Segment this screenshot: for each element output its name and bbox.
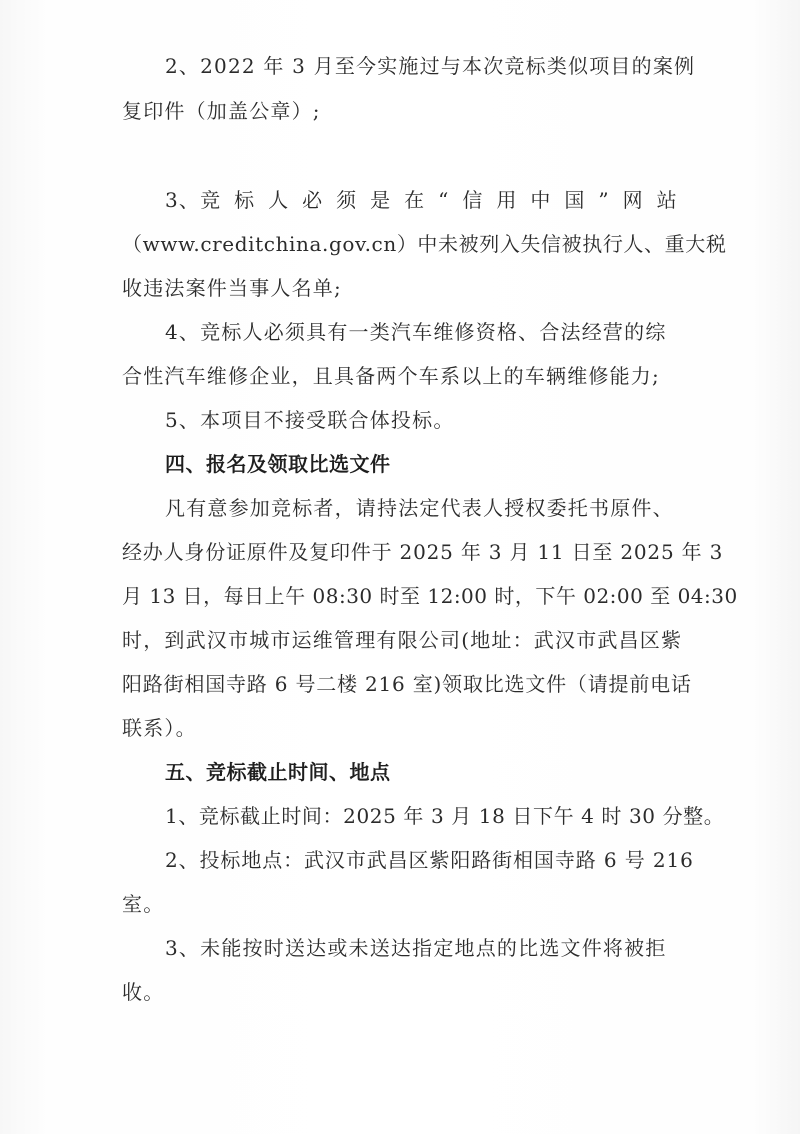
section-4-para-line-3: 月 13 日，每日上午 08:30 时至 12:00 时，下午 02:00 至 … [122, 582, 738, 610]
text-fragment: 人 [268, 186, 289, 214]
text-fragment: 3、竞 [165, 186, 221, 214]
item-3-line-3: 收违法案件当事人名单; [122, 274, 342, 302]
item-4-line-2: 合性汽车维修企业，且具备两个车系以上的车辆维修能力; [122, 362, 660, 390]
text-fragment: 是 [370, 186, 391, 214]
document-page: 2、2022 年 3 月至今实施过与本次竞标类似项目的案例 复印件（加盖公章）;… [0, 0, 800, 1134]
section-4-para-line-4: 时，到武汉市城市运维管理有限公司(地址：武汉市武昌区紫 [122, 626, 682, 654]
text-fragment: 标 [234, 186, 255, 214]
section-4-heading: 四、报名及领取比选文件 [165, 450, 391, 478]
section-5-item-2-line-2: 室。 [122, 890, 164, 918]
section-4-para-line-1: 凡有意参加竞标者，请持法定代表人授权委托书原件、 [165, 494, 674, 522]
item-3-line-1: 3、竞 标 人 必 须 是 在 “ 信 用 中 国 ” 网 站 [165, 186, 678, 214]
section-4-para-line-6: 联系）。 [122, 714, 197, 742]
text-fragment: 须 [336, 186, 357, 214]
text-fragment: 信 [462, 186, 483, 214]
item-5-line-1: 5、本项目不接受联合体投标。 [165, 406, 455, 434]
text-fragment: ” [598, 186, 609, 214]
text-fragment: 中 [530, 186, 551, 214]
text-fragment: 站 [657, 186, 678, 214]
text-fragment: 在 [404, 186, 425, 214]
text-fragment: “ [438, 186, 449, 214]
item-2-line-2: 复印件（加盖公章）; [122, 97, 321, 125]
item-4-line-1: 4、竞标人必须具有一类汽车维修资格、合法经营的综 [165, 318, 667, 346]
section-5-item-3-line-1: 3、未能按时送达或未送达指定地点的比选文件将被拒 [165, 934, 667, 962]
section-4-para-line-5: 阳路街相国寺路 6 号二楼 216 室)领取比选文件（请提前电话 [122, 670, 692, 698]
section-5-item-2-line-1: 2、投标地点：武汉市武昌区紫阳路街相国寺路 6 号 216 [165, 846, 694, 874]
text-fragment: 国 [564, 186, 585, 214]
text-fragment: 网 [623, 186, 644, 214]
text-fragment: 用 [496, 186, 517, 214]
section-4-para-line-2: 经办人身份证原件及复印件于 2025 年 3 月 11 日至 2025 年 3 [122, 538, 723, 566]
item-3-line-2: （www.creditchina.gov.cn）中未被列入失信被执行人、重大税 [122, 230, 726, 258]
item-2-line-1: 2、2022 年 3 月至今实施过与本次竞标类似项目的案例 [165, 52, 695, 80]
section-5-item-3-line-2: 收。 [122, 978, 164, 1006]
section-5-item-1: 1、竞标截止时间：2025 年 3 月 18 日下午 4 时 30 分整。 [165, 802, 724, 830]
text-fragment: 必 [302, 186, 323, 214]
section-5-heading: 五、竞标截止时间、地点 [165, 758, 391, 786]
